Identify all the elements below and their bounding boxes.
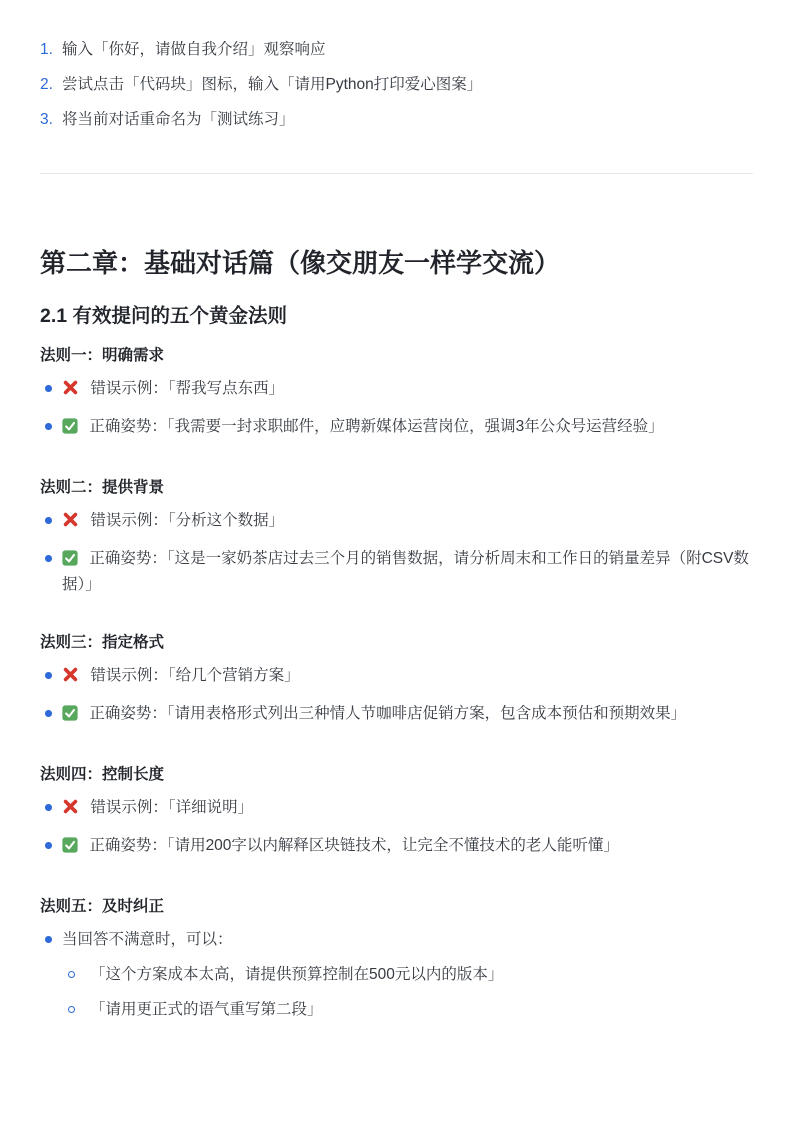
section-divider: [40, 173, 753, 174]
rule-section-4: 法则四：控制长度 错误示例：「详细说明」 正确姿势：「请用200字以内解释区块链…: [40, 763, 753, 860]
bullet-dot-icon: [45, 710, 52, 717]
chapter-heading: 第二章：基础对话篇（像交朋友一样学交流）: [40, 246, 753, 280]
cross-mark-icon: [62, 798, 79, 822]
check-mark-icon: [62, 550, 78, 573]
check-mark-icon: [62, 418, 78, 441]
bullet-dot-icon: [45, 936, 52, 943]
rule-heading: 法则四：控制长度: [40, 763, 753, 786]
bullet-text: 错误示例：「给几个营销方案」: [90, 667, 299, 684]
circle-bullet-icon: [68, 1006, 75, 1013]
document-page: 1. 输入「你好，请做自我介绍」观察响应 2. 尝试点击「代码块」图标，输入「请…: [0, 0, 793, 1122]
step-number: 1.: [40, 38, 53, 61]
bullet-text: 正确姿势：「我需要一封求职邮件，应聘新媒体运营岗位，强调3年公众号运营经验」: [89, 418, 663, 435]
bullet-text: 正确姿势：「这是一家奶茶店过去三个月的销售数据，请分析周末和工作日的销量差异（附…: [62, 550, 749, 593]
bullet-text: 错误示例：「帮我写点东西」: [90, 380, 284, 397]
bullet-dot-icon: [45, 842, 52, 849]
bullet-text: 正确姿势：「请用表格形式列出三种情人节咖啡店促销方案，包含成本预估和预期效果」: [89, 705, 686, 722]
rule-heading: 法则一：明确需求: [40, 344, 753, 367]
step-text: 尝试点击「代码块」图标，输入「请用Python打印爱心图案」: [62, 76, 482, 93]
rule-section-1: 法则一：明确需求 错误示例：「帮我写点东西」 正确姿势：「我需要一封求职邮件，应…: [40, 344, 753, 441]
bullet-dot-icon: [45, 385, 52, 392]
step-text: 将当前对话重命名为「测试练习」: [62, 111, 295, 128]
sub-bullet-text: 「请用更正式的语气重写第二段」: [90, 1001, 323, 1018]
step-number: 2.: [40, 73, 53, 96]
bullet-dot-icon: [45, 517, 52, 524]
intro-step-list: 1. 输入「你好，请做自我介绍」观察响应 2. 尝试点击「代码块」图标，输入「请…: [40, 38, 753, 131]
step-number: 3.: [40, 108, 53, 131]
bullet-item: 错误示例：「分析这个数据」: [40, 509, 753, 535]
rule-section-2: 法则二：提供背景 错误示例：「分析这个数据」 正确姿势：「这是一家奶茶店过去三个…: [40, 476, 753, 596]
rule-heading: 法则五：及时纠正: [40, 895, 753, 918]
bullet-text: 正确姿势：「请用200字以内解释区块链技术，让完全不懂技术的老人能听懂」: [89, 837, 619, 854]
bullet-text: 当回答不满意时，可以：: [62, 931, 233, 948]
cross-mark-icon: [62, 511, 79, 535]
bullet-dot-icon: [45, 672, 52, 679]
bullet-item: 错误示例：「详细说明」: [40, 796, 753, 822]
list-item: 2. 尝试点击「代码块」图标，输入「请用Python打印爱心图案」: [40, 73, 753, 96]
bullet-text: 错误示例：「详细说明」: [90, 799, 253, 816]
bullet-list: 错误示例：「详细说明」 正确姿势：「请用200字以内解释区块链技术，让完全不懂技…: [40, 796, 753, 860]
rule-heading: 法则三：指定格式: [40, 631, 753, 654]
bullet-item: 错误示例：「帮我写点东西」: [40, 377, 753, 403]
bullet-list: 错误示例：「帮我写点东西」 正确姿势：「我需要一封求职邮件，应聘新媒体运营岗位，…: [40, 377, 753, 441]
rule-section-3: 法则三：指定格式 错误示例：「给几个营销方案」 正确姿势：「请用表格形式列出三种…: [40, 631, 753, 728]
bullet-item: 当回答不满意时，可以： 「这个方案成本太高，请提供预算控制在500元以内的版本」…: [40, 928, 753, 1021]
cross-mark-icon: [62, 666, 79, 690]
sub-bullet-list: 「这个方案成本太高，请提供预算控制在500元以内的版本」 「请用更正式的语气重写…: [62, 963, 753, 1021]
bullet-list: 当回答不满意时，可以： 「这个方案成本太高，请提供预算控制在500元以内的版本」…: [40, 928, 753, 1021]
rule-section-5: 法则五：及时纠正 当回答不满意时，可以： 「这个方案成本太高，请提供预算控制在5…: [40, 895, 753, 1021]
sub-bullet-item: 「这个方案成本太高，请提供预算控制在500元以内的版本」: [62, 963, 753, 986]
bullet-dot-icon: [45, 804, 52, 811]
check-mark-icon: [62, 705, 78, 728]
bullet-item: 错误示例：「给几个营销方案」: [40, 664, 753, 690]
step-text: 输入「你好，请做自我介绍」观察响应: [62, 41, 326, 58]
bullet-list: 错误示例：「分析这个数据」 正确姿势：「这是一家奶茶店过去三个月的销售数据，请分…: [40, 509, 753, 596]
sub-bullet-item: 「请用更正式的语气重写第二段」: [62, 998, 753, 1021]
bullet-item: 正确姿势：「请用200字以内解释区块链技术，让完全不懂技术的老人能听懂」: [40, 834, 753, 860]
bullet-item: 正确姿势：「这是一家奶茶店过去三个月的销售数据，请分析周末和工作日的销量差异（附…: [40, 547, 753, 596]
bullet-dot-icon: [45, 555, 52, 562]
bullet-list: 错误示例：「给几个营销方案」 正确姿势：「请用表格形式列出三种情人节咖啡店促销方…: [40, 664, 753, 728]
bullet-text: 错误示例：「分析这个数据」: [90, 512, 284, 529]
list-item: 1. 输入「你好，请做自我介绍」观察响应: [40, 38, 753, 61]
subsection-heading: 2.1 有效提问的五个黄金法则: [40, 302, 753, 330]
list-item: 3. 将当前对话重命名为「测试练习」: [40, 108, 753, 131]
circle-bullet-icon: [68, 971, 75, 978]
check-mark-icon: [62, 837, 78, 860]
rule-heading: 法则二：提供背景: [40, 476, 753, 499]
bullet-dot-icon: [45, 423, 52, 430]
bullet-item: 正确姿势：「我需要一封求职邮件，应聘新媒体运营岗位，强调3年公众号运营经验」: [40, 415, 753, 441]
sub-bullet-text: 「这个方案成本太高，请提供预算控制在500元以内的版本」: [90, 966, 503, 983]
bullet-item: 正确姿势：「请用表格形式列出三种情人节咖啡店促销方案，包含成本预估和预期效果」: [40, 702, 753, 728]
cross-mark-icon: [62, 379, 79, 403]
